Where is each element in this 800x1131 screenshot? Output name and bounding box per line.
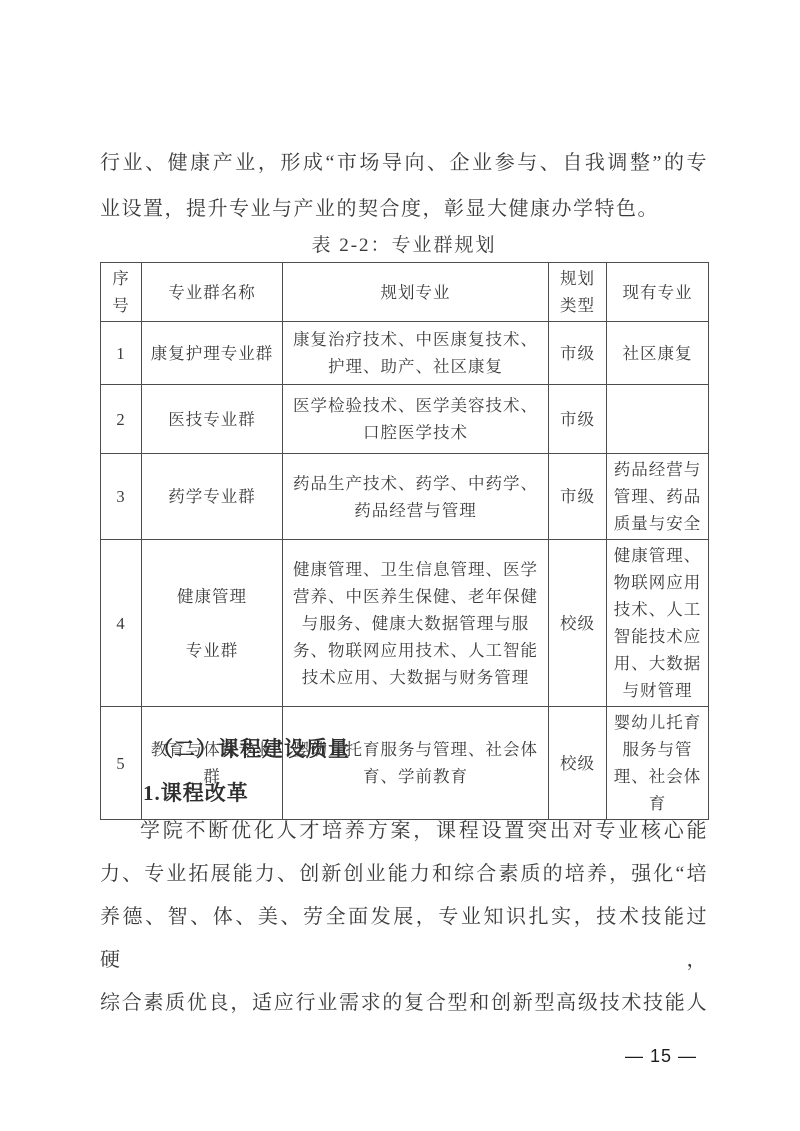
cell-group: 健康管理 专业群 — [142, 540, 283, 707]
table-row: 2 医技专业群 医学检验技术、医学美容技术、口腔医学技术 市级 — [101, 385, 709, 454]
cell-existing: 健康管理、物联网应用技术、人工智能技术应用、大数据与财管理 — [607, 540, 709, 707]
body-paragraph: 学院不断优化人才培养方案，课程设置突出对专业核心能 力、专业拓展能力、创新创业能… — [100, 810, 708, 1025]
cell-no: 4 — [101, 540, 142, 707]
cell-existing: 社区康复 — [607, 322, 709, 385]
cell-existing: 药品经营与管理、药品质量与安全 — [607, 454, 709, 540]
cell-planned: 婴幼儿托育服务与管理、社会体育、学前教育 — [283, 707, 549, 820]
cell-planned: 康复治疗技术、中医康复技术、护理、助产、社区康复 — [283, 322, 549, 385]
cell-type: 校级 — [549, 707, 607, 820]
cell-type: 市级 — [549, 385, 607, 454]
text-line: 力、专业拓展能力、创新创业能力和综合素质的培养，强化“培 — [100, 853, 708, 896]
text-line: 养德、智、体、美、劳全面发展，专业知识扎实，技术技能过硬， — [100, 896, 708, 982]
text-line: 学院不断优化人才培养方案，课程设置突出对专业核心能 — [100, 810, 708, 853]
text-line: 业设置，提升专业与产业的契合度，彰显大健康办学特色。 — [100, 186, 708, 232]
cell-no: 5 — [101, 707, 142, 820]
cell-type: 市级 — [549, 454, 607, 540]
header-cell-type: 规划类型 — [549, 263, 607, 322]
text-line: 行业、健康产业，形成“市场导向、企业参与、自我调整”的专 — [100, 140, 708, 186]
intro-paragraph: 行业、健康产业，形成“市场导向、企业参与、自我调整”的专 业设置，提升专业与产业… — [100, 140, 708, 232]
page-number: — 15 — — [625, 1046, 697, 1067]
cell-planned: 医学检验技术、医学美容技术、口腔医学技术 — [283, 385, 549, 454]
cell-planned: 健康管理、卫生信息管理、医学营养、中医养生保健、老年保健与服务、健康大数据管理与… — [283, 540, 549, 707]
document-page: 行业、健康产业，形成“市场导向、企业参与、自我调整”的专 业设置，提升专业与产业… — [0, 0, 800, 1131]
cell-type: 市级 — [549, 322, 607, 385]
cell-planned: 药品生产技术、药学、中药学、药品经营与管理 — [283, 454, 549, 540]
section-heading: （二）课程建设质量 — [152, 733, 350, 763]
cell-no: 2 — [101, 385, 142, 454]
table-row: 4 健康管理 专业群 健康管理、卫生信息管理、医学营养、中医养生保健、老年保健与… — [101, 540, 709, 707]
header-cell-planned: 规划专业 — [283, 263, 549, 322]
sub-heading: 1.课程改革 — [143, 777, 249, 807]
header-cell-no: 序号 — [101, 263, 142, 322]
cell-no: 3 — [101, 454, 142, 540]
cell-group: 康复护理专业群 — [142, 322, 283, 385]
table-caption: 表 2-2：专业群规划 — [100, 230, 708, 257]
table-row: 3 药学专业群 药品生产技术、药学、中药学、药品经营与管理 市级 药品经营与管理… — [101, 454, 709, 540]
cell-existing — [607, 385, 709, 454]
cell-type: 校级 — [549, 540, 607, 707]
table-header-row: 序号 专业群名称 规划专业 规划类型 现有专业 — [101, 263, 709, 322]
cell-existing: 婴幼儿托育服务与管理、社会体育 — [607, 707, 709, 820]
header-cell-group: 专业群名称 — [142, 263, 283, 322]
cell-group: 医技专业群 — [142, 385, 283, 454]
header-cell-existing: 现有专业 — [607, 263, 709, 322]
cell-no: 1 — [101, 322, 142, 385]
table-row: 1 康复护理专业群 康复治疗技术、中医康复技术、护理、助产、社区康复 市级 社区… — [101, 322, 709, 385]
text-line: 综合素质优良，适应行业需求的复合型和创新型高级技术技能人 — [100, 982, 708, 1025]
cell-group: 药学专业群 — [142, 454, 283, 540]
